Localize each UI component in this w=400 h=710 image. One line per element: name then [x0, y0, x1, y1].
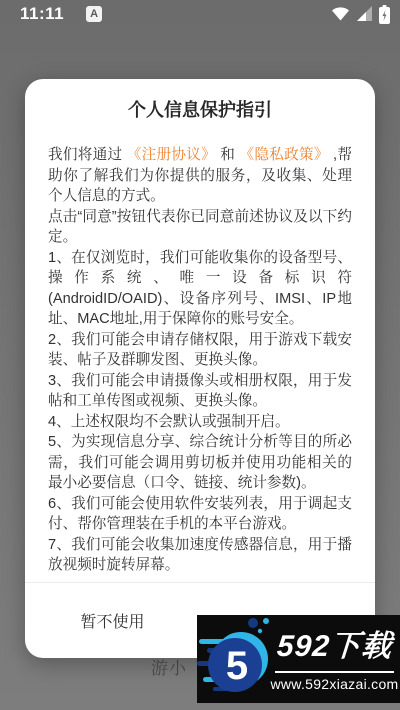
dialog-body: 我们将通过 《注册协议》 和 《隐私政策》 ,帮助你了解我们为你提供的服务，及收… — [25, 145, 375, 582]
policy-item-5: 5、为实现信息分享、综合统计分析等目的所必需，我们可能会调用剪切板并使用功能相关… — [48, 432, 352, 494]
clock: 11:11 — [20, 4, 64, 24]
watermark-url: www.592xiazai.com — [270, 676, 398, 692]
logo-5-glyph: 5 — [226, 644, 248, 688]
wifi-icon — [331, 6, 350, 22]
policy-item-7: 7、我们可能会收集加速度传感器信息，用于播放视频时旋转屏幕。 — [48, 535, 352, 576]
policy-item-3: 3、我们可能会申请摄像头或相册权限，用于发帖和工单传图或视频、更换头像。 — [48, 371, 352, 412]
dialog-title: 个人信息保护指引 — [25, 98, 375, 123]
ime-notification-icon: A — [86, 6, 102, 22]
intro-paragraph: 我们将通过 《注册协议》 和 《隐私政策》 ,帮助你了解我们为你提供的服务，及收… — [48, 145, 352, 207]
policy-item-6: 6、我们可能会使用软件安装列表，用于调起支付、帮你管理装在手机的本平台游戏。 — [48, 494, 352, 535]
consent-note: 点击“同意”按钮代表你已同意前述协议及以下约定。 — [48, 207, 352, 248]
status-icons — [331, 5, 390, 24]
policy-item-2: 2、我们可能会申请存储权限，用于游戏下载安装、帖子及群聊发图、更换头像。 — [48, 330, 352, 371]
privacy-guide-dialog: 个人信息保护指引 我们将通过 《注册协议》 和 《隐私政策》 ,帮助你了解我们为… — [25, 79, 375, 658]
status-bar: 11:11 A — [0, 0, 400, 28]
signal-icon — [356, 6, 373, 22]
battery-charging-icon — [379, 5, 390, 24]
policy-item-4: 4、上述权限均不会默认或强制开启。 — [48, 412, 352, 433]
policy-item-1: 1、在仅浏览时，我们可能收集你的设备型号、操作系统、唯一设备标识符(Androi… — [48, 248, 352, 330]
watermark-rule — [275, 671, 394, 673]
privacy-policy-link[interactable]: 《隐私政策》 — [239, 147, 328, 163]
watermark-brand: 592下载 — [276, 629, 394, 665]
watermark-text: 592下载 www.592xiazai.com — [275, 629, 394, 692]
watermark-badge: 5 592下载 www.592xiazai.com — [197, 615, 400, 703]
dismiss-button[interactable]: 暂不使用 — [25, 599, 200, 642]
intro-text: 我们将通过 — [48, 147, 127, 163]
592-logo-icon: 5 — [197, 615, 277, 703]
intro-text: 和 — [216, 147, 240, 163]
register-agreement-link[interactable]: 《注册协议》 — [127, 147, 216, 163]
